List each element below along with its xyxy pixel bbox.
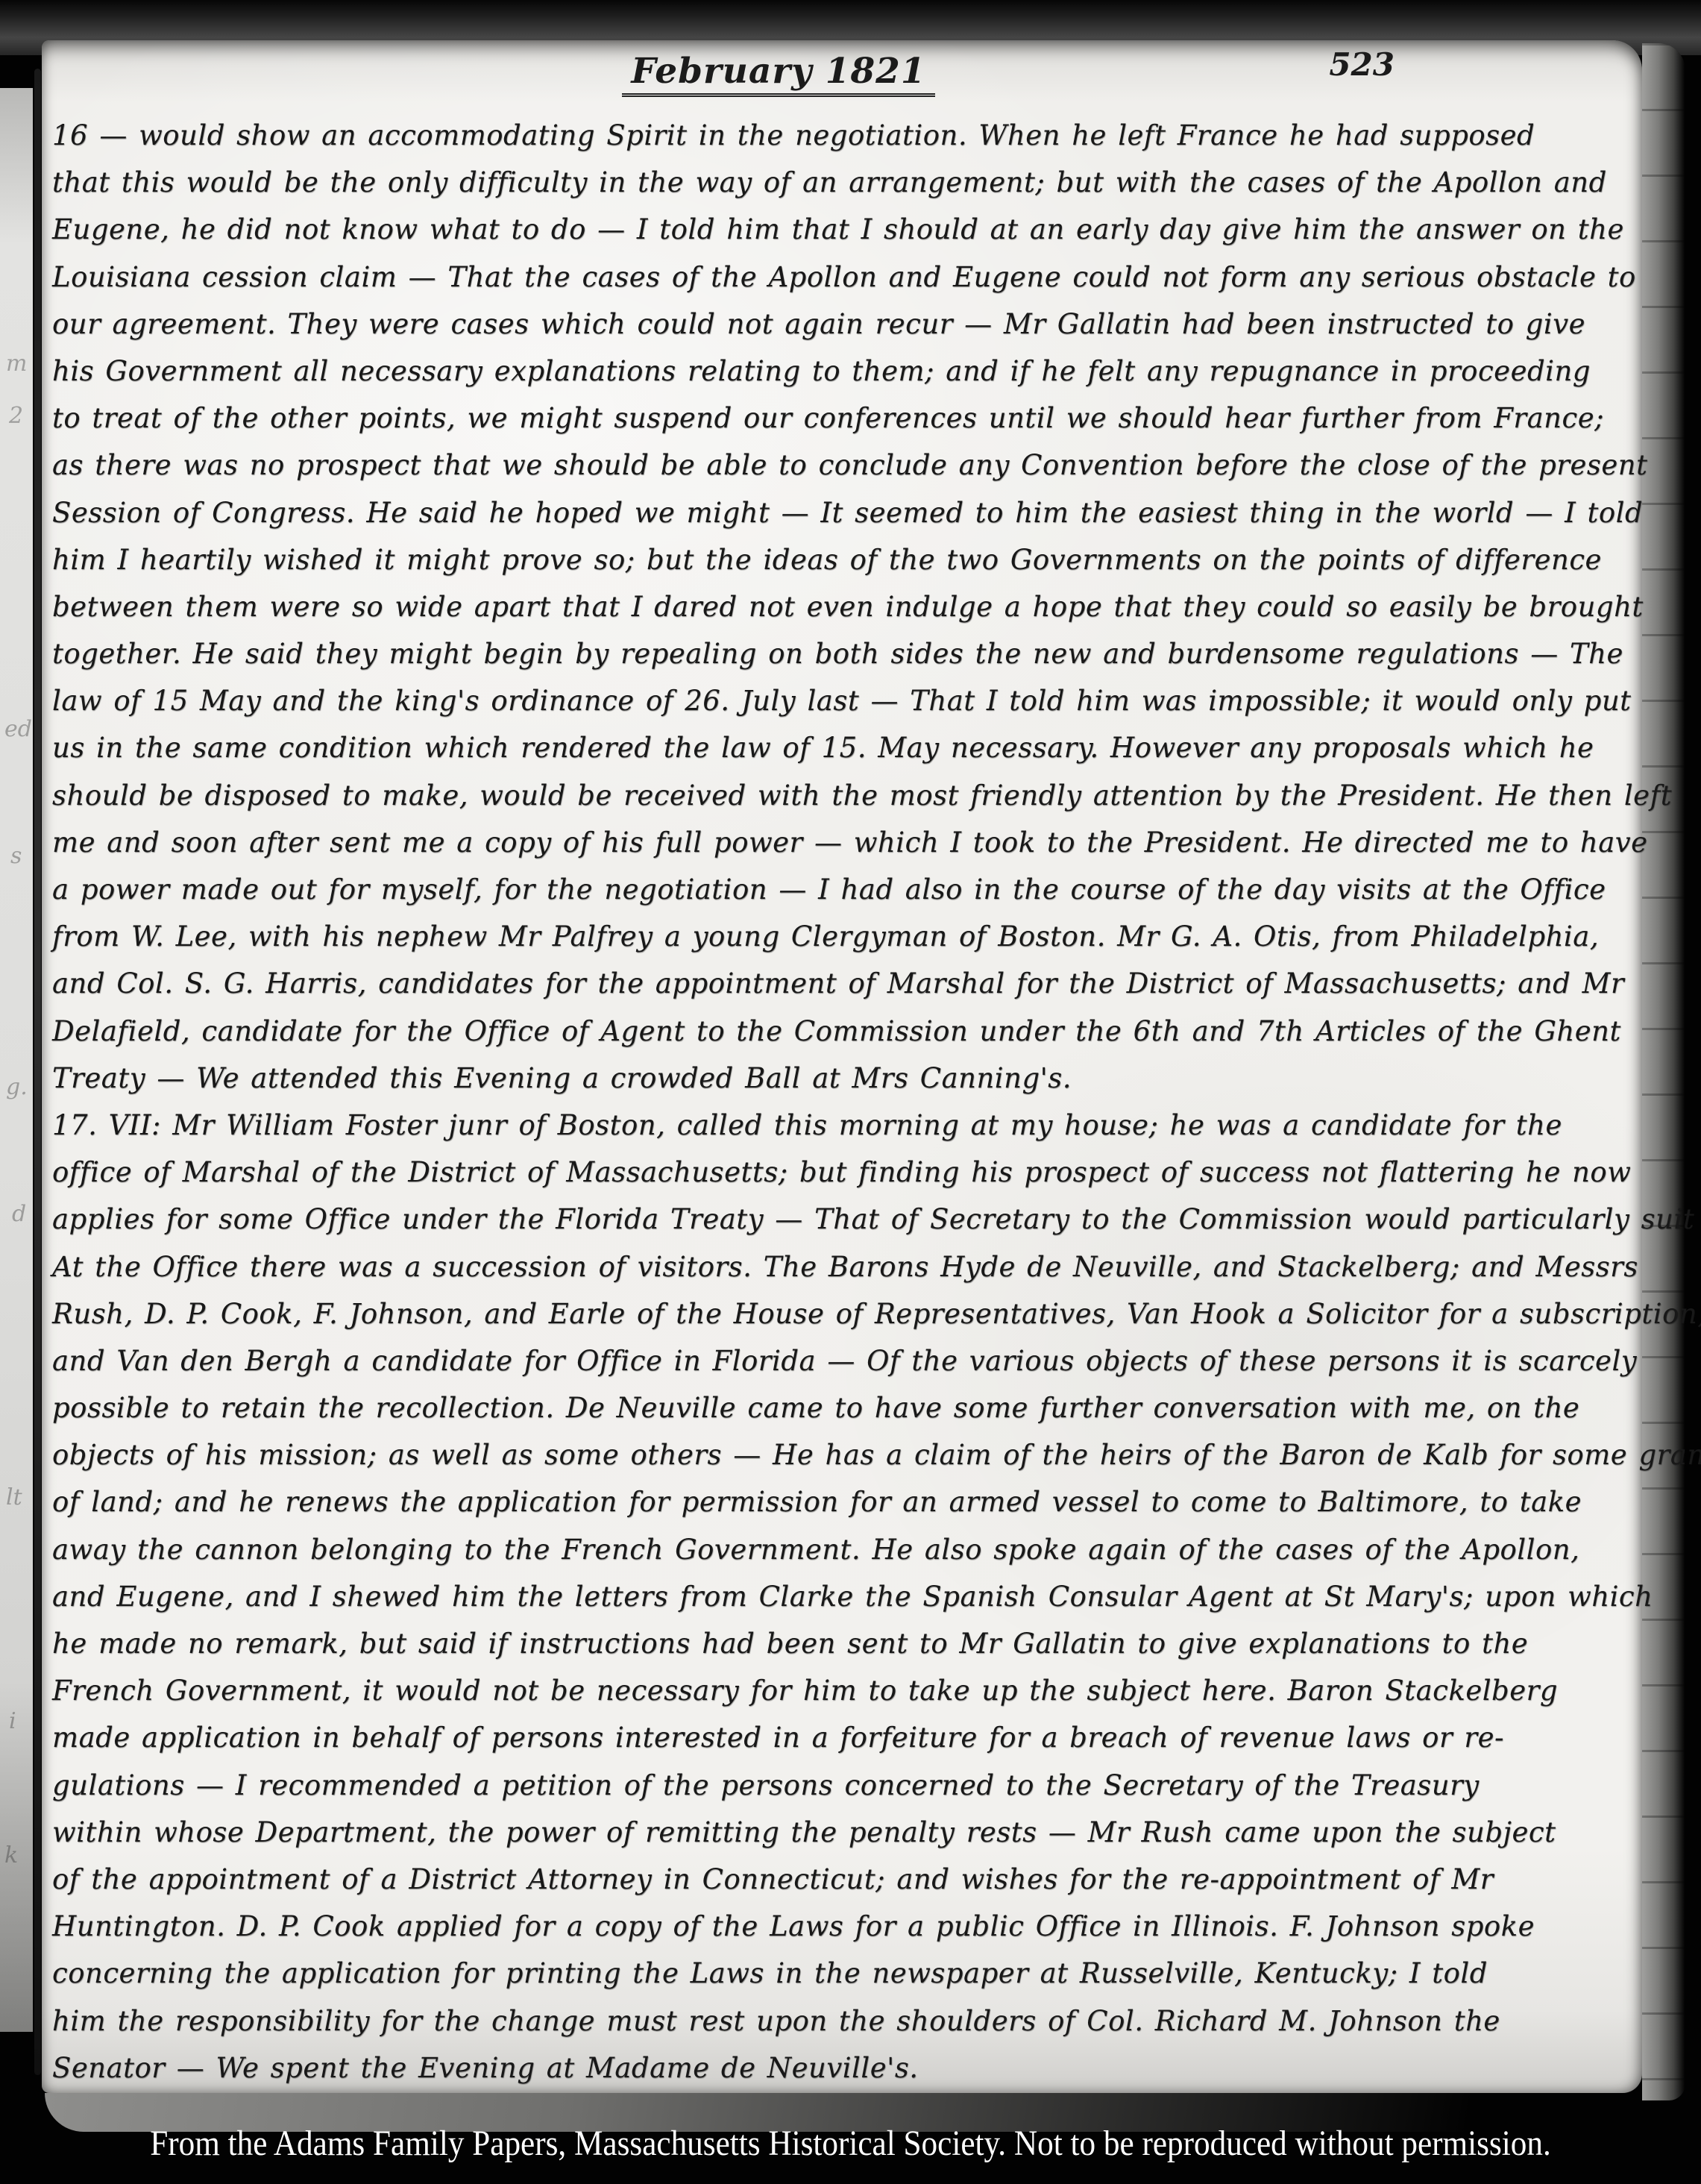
manuscript-line: me and soon after sent me a copy of his … bbox=[52, 819, 1633, 866]
manuscript-line: us in the same condition which rendered … bbox=[52, 724, 1633, 771]
manuscript-line: Delafield, candidate for the Office of A… bbox=[52, 1008, 1633, 1055]
ghost-mark: lt bbox=[6, 1484, 22, 1510]
manuscript-line: Eugene, he did not know what to do — I t… bbox=[52, 206, 1633, 253]
manuscript-line: 16 — would show an accommodating Spirit … bbox=[52, 112, 1633, 159]
manuscript-line: law of 15 May and the king's ordinance o… bbox=[52, 677, 1633, 724]
page-header: February 1821 bbox=[42, 51, 1642, 97]
manuscript-line: applies for some Office under the Florid… bbox=[52, 1196, 1633, 1243]
manuscript-line: away the cannon belonging to the French … bbox=[52, 1526, 1633, 1573]
manuscript-line: he made no remark, but said if instructi… bbox=[52, 1620, 1633, 1667]
manuscript-line: that this would be the only difficulty i… bbox=[52, 159, 1633, 206]
header-date: February 1821 bbox=[622, 51, 934, 97]
page-number: 523 bbox=[1329, 46, 1395, 83]
ghost-mark: 2 bbox=[9, 403, 23, 429]
manuscript-line: together. He said they might begin by re… bbox=[52, 630, 1633, 677]
manuscript-line: At the Office there was a succession of … bbox=[52, 1243, 1633, 1290]
ghost-mark: ed bbox=[4, 716, 32, 742]
manuscript-line: as there was no prospect that we should … bbox=[52, 442, 1633, 489]
manuscript-line: within whose Department, the power of re… bbox=[52, 1809, 1633, 1856]
manuscript-line: should be disposed to make, would be rec… bbox=[52, 772, 1633, 819]
manuscript-line: Treaty — We attended this Evening a crow… bbox=[52, 1055, 1633, 1102]
diary-text: 16 — would show an accommodating Spirit … bbox=[52, 112, 1633, 2092]
manuscript-scan: m2edsg.dltik February 1821 523 16 — woul… bbox=[0, 0, 1701, 2184]
manuscript-line: him the responsibility for the change mu… bbox=[52, 1998, 1633, 2045]
manuscript-line: made application in behalf of persons in… bbox=[52, 1714, 1633, 1761]
manuscript-line: from W. Lee, with his nephew Mr Palfrey … bbox=[52, 913, 1633, 960]
manuscript-line: Louisiana cession claim — That the cases… bbox=[52, 254, 1633, 301]
manuscript-line: and Eugene, and I shewed him the letters… bbox=[52, 1573, 1633, 1620]
manuscript-line: 17. VII: Mr William Foster junr of Bosto… bbox=[52, 1102, 1633, 1149]
book-page-edges-right bbox=[1642, 43, 1685, 2100]
manuscript-line: Rush, D. P. Cook, F. Johnson, and Earle … bbox=[52, 1290, 1633, 1337]
ghost-mark: m bbox=[6, 351, 27, 377]
manuscript-line: of land; and he renews the application f… bbox=[52, 1478, 1633, 1525]
manuscript-line: him I heartily wished it might prove so;… bbox=[52, 536, 1633, 583]
manuscript-line: his Government all necessary explanation… bbox=[52, 348, 1633, 395]
manuscript-line: a power made out for myself, for the neg… bbox=[52, 866, 1633, 913]
ghost-mark: k bbox=[4, 1842, 18, 1868]
ghost-mark: i bbox=[9, 1708, 16, 1734]
ghost-mark: d bbox=[12, 1201, 26, 1227]
manuscript-line: and Col. S. G. Harris, candidates for th… bbox=[52, 960, 1633, 1007]
manuscript-line: Huntington. D. P. Cook applied for a cop… bbox=[52, 1903, 1633, 1950]
manuscript-line: gulations — I recommended a petition of … bbox=[52, 1762, 1633, 1809]
credit-line: From the Adams Family Papers, Massachuse… bbox=[85, 2123, 1616, 2164]
manuscript-line: concerning the application for printing … bbox=[52, 1950, 1633, 1997]
ghost-mark: s bbox=[10, 843, 22, 869]
manuscript-line: to treat of the other points, we might s… bbox=[52, 395, 1633, 442]
margin-ghost-marks: m2edsg.dltik bbox=[0, 0, 52, 2103]
manuscript-page: February 1821 523 16 — would show an acc… bbox=[42, 40, 1642, 2093]
manuscript-line: and Van den Bergh a candidate for Office… bbox=[52, 1337, 1633, 1384]
manuscript-line: Senator — We spent the Evening at Madame… bbox=[52, 2045, 1633, 2092]
manuscript-line: of the appointment of a District Attorne… bbox=[52, 1856, 1633, 1903]
manuscript-line: between them were so wide apart that I d… bbox=[52, 583, 1633, 630]
manuscript-line: office of Marshal of the District of Mas… bbox=[52, 1149, 1633, 1196]
manuscript-line: Session of Congress. He said he hoped we… bbox=[52, 489, 1633, 536]
manuscript-line: possible to retain the recollection. De … bbox=[52, 1384, 1633, 1431]
manuscript-line: our agreement. They were cases which cou… bbox=[52, 301, 1633, 348]
ghost-mark: g. bbox=[6, 1074, 28, 1100]
manuscript-line: French Government, it would not be neces… bbox=[52, 1667, 1633, 1714]
manuscript-line: objects of his mission; as well as some … bbox=[52, 1431, 1633, 1478]
